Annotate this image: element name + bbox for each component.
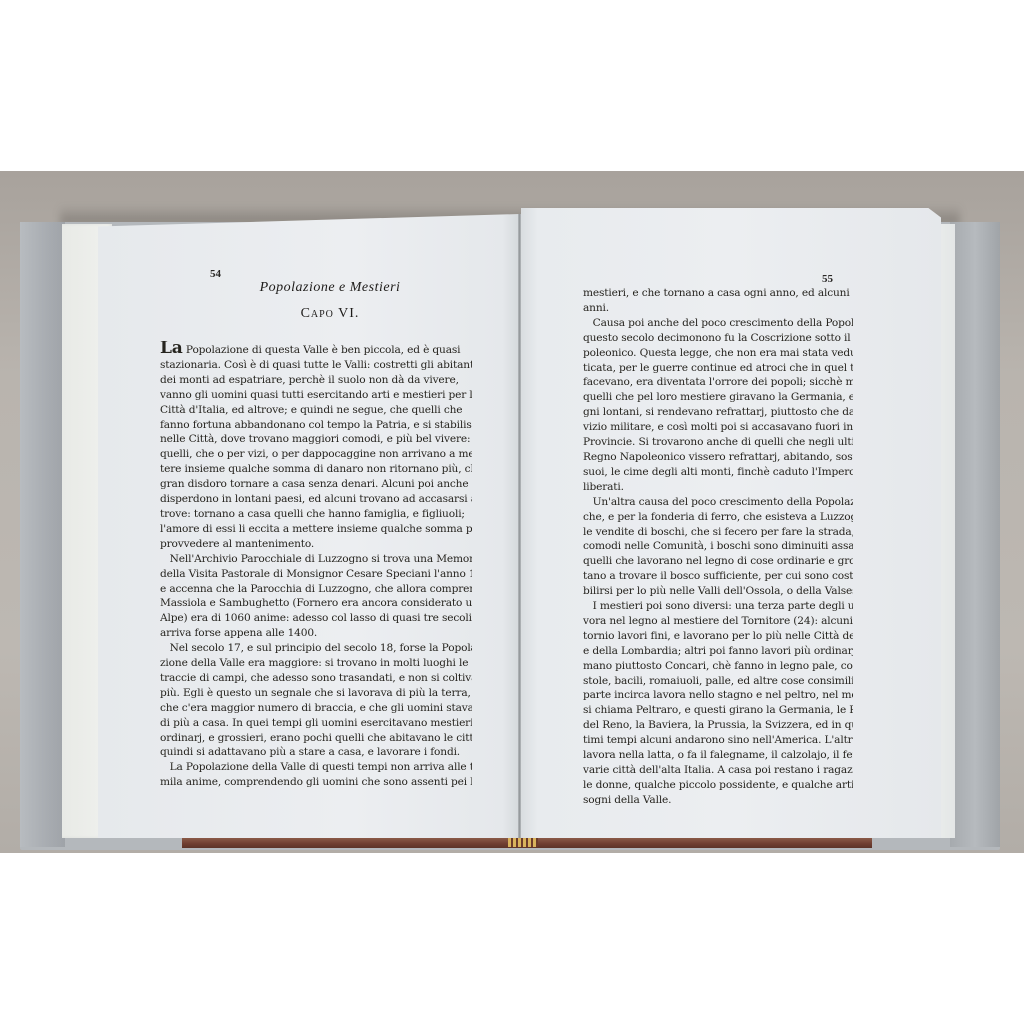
text-line: Nell'Archivio Parocchiale di Luzzogno si… [160,552,472,567]
text-line: anni. [583,301,853,316]
cover-left-board [20,222,65,847]
text-line: stazionaria. Così è di quasi tutte le Va… [160,358,472,373]
text-line: La Popolazione di questa Valle è ben pic… [160,341,472,358]
text-line: ordinarj, e grossieri, erano pochi quell… [160,731,472,746]
text-line: Città d'Italia, ed altrove; e quindi ne … [160,403,472,418]
gutter [518,214,521,838]
drop-cap: La [160,341,183,358]
text-line: quindi si adattavano più a stare a casa,… [160,745,472,760]
text-line: vora nel legno al mestiere del Tornitore… [583,614,853,629]
text-line: e accenna che la Parocchia di Luzzogno, … [160,582,472,597]
text-line: traccie di campi, che adesso sono trasan… [160,671,472,686]
text-line: liberati. [583,480,853,495]
text-line: nelle Città, dove trovano maggiori comod… [160,432,472,447]
text-line: del Reno, la Baviera, la Prussia, la Svi… [583,718,853,733]
text-line: si chiama Peltraro, e questi girano la G… [583,703,853,718]
right-page-text: mestieri, e che tornano a casa ogni anno… [583,277,853,808]
text-line: gran disdoro tornare a casa senza denari… [160,477,472,492]
text-line: ticata, per le guerre continue ed atroci… [583,361,853,376]
text-line: Nel secolo 17, e sul principio del secol… [160,641,472,656]
text-line: tornio lavori fini, e lavorano per lo pi… [583,629,853,644]
text-line: questo secolo decimonono fu la Coscrizio… [583,331,853,346]
text-line: le vendite di boschi, che si fecero per … [583,525,853,540]
text-line: fanno fortuna abbandonano col tempo la P… [160,418,472,433]
text-line: I mestieri poi sono diversi: una terza p… [583,599,853,614]
text-line: trove: tornano a casa quelli che hanno f… [160,507,472,522]
text-line: La Popolazione della Valle di questi tem… [160,760,472,775]
text-line: vanno gli uomini quasi tutti esercitando… [160,388,472,403]
text-line: gni lontani, si rendevano refrattarj, pi… [583,405,853,420]
text-line: facevano, era diventata l'orrore dei pop… [583,375,853,390]
text-line: bilirsi per lo più nelle Valli dell'Osso… [583,584,853,599]
chapter-title: Popolazione e Mestieri [220,280,440,296]
text-line: sogni della Valle. [583,793,853,808]
text-line: che, e per la fonderia di ferro, che esi… [583,510,853,525]
text-line: dei monti ad espatriare, perchè il suolo… [160,373,472,388]
text-line: e della Lombardia; altri poi fanno lavor… [583,644,853,659]
text-line: zione della Valle era maggiore: si trova… [160,656,472,671]
text-line: disperdono in lontani paesi, ed alcuni t… [160,492,472,507]
text-line: l'amore di essi li eccita a mettere insi… [160,522,472,537]
left-page-text: La Popolazione di questa Valle è ben pic… [160,341,472,790]
text-line: mano piuttosto Concari, chè fanno in leg… [583,659,853,674]
text-line: parte incirca lavora nello stagno e nel … [583,688,853,703]
text-line: Alpe) era di 1060 anime: adesso col lass… [160,611,472,626]
text-line: quelli che lavorano nel legno di cose or… [583,554,853,569]
text-line: le donne, qualche piccolo possidente, e … [583,778,853,793]
cover-right-board [950,222,1000,847]
text-line: arriva forse appena alle 1400. [160,626,472,641]
text-line: stole, bacili, romaiuoli, palle, ed altr… [583,674,853,689]
text-line: quelli, che o per vizi, o per dappocaggi… [160,447,472,462]
text-line: suoi, le cime degli alti monti, finchè c… [583,465,853,480]
text-line: che c'era maggior numero di braccia, e c… [160,701,472,716]
text-line: mestieri, e che tornano a casa ogni anno… [583,286,853,301]
text-line: Causa poi anche del poco crescimento del… [583,316,853,331]
text-line: poleonico. Questa legge, che non era mai… [583,346,853,361]
text-line: vizio militare, e così molti poi si acca… [583,420,853,435]
text-line: più. Egli è questo un segnale che si lav… [160,686,472,701]
text-line: lavora nella latta, o fa il falegname, i… [583,748,853,763]
text-line: Provincie. Si trovarono anche di quelli … [583,435,853,450]
text-line: tere insieme qualche somma di danaro non… [160,462,472,477]
page-number-left: 54 [210,268,221,280]
text-line: tano a trovare il bosco sufficiente, per… [583,569,853,584]
text-line: mila anime, comprendendo gli uomini che … [160,775,472,790]
text-line: Regno Napoleonico vissero refrattarj, ab… [583,450,853,465]
chapter-number: Capo VI. [220,306,440,322]
text-line: Massiola e Sambughetto (Fornero era anco… [160,596,472,611]
text-line: quelli che pel loro mestiere giravano la… [583,390,853,405]
text-line: varie città dell'alta Italia. A casa poi… [583,763,853,778]
text-line: comodi nelle Comunità, i boschi sono dim… [583,539,853,554]
text-line: di più a casa. In quei tempi gli uomini … [160,716,472,731]
text-line: timi tempi alcuni andarono sino nell'Ame… [583,733,853,748]
text-line: Un'altra causa del poco crescimento dell… [583,495,853,510]
text-line: della Visita Pastorale di Monsignor Cesa… [160,567,472,582]
text-line: provvedere al mantenimento. [160,537,472,552]
